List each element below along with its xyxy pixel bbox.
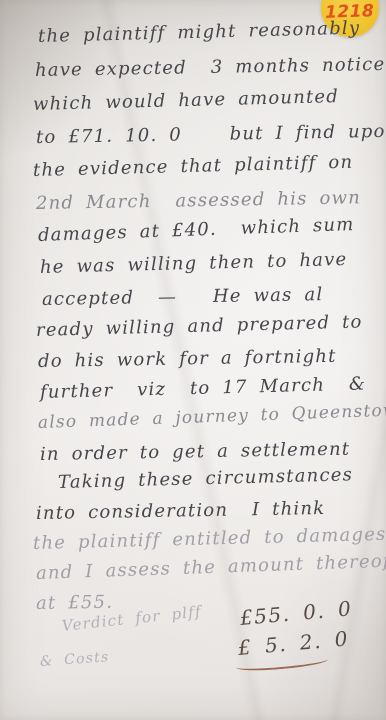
manuscript-line: have expected 3 months notice [35,54,386,81]
amount-costs: £ 5. 2. 0 [237,626,350,660]
manuscript-line: damages at £40. which sum [38,214,355,246]
manuscript-line: further viz to 17 March & [40,373,367,403]
manuscript-line: ready willing and prepared to [36,311,363,341]
manuscript-line: in order to get a settlement [40,439,351,465]
manuscript-line: Taking these circumstances [58,464,354,493]
manuscript-line: he was willing then to have [40,249,348,278]
manuscript-line: to £71. 10. 0 but I find upon [36,121,386,148]
manuscript-line: also made a journey to Queenstown [38,400,386,433]
amount-underline [236,658,328,673]
manuscript-line: do his work for a fortnight [38,346,337,372]
manuscript-line: the plaintiff might reasonably [38,18,361,47]
amount-total: £55. 0. 0 [239,596,353,630]
manuscript-line: into consideration I think [36,498,326,524]
manuscript-line: 2nd March assessed his own [36,187,361,214]
manuscript-line: at £55. [36,592,114,614]
manuscript-line: the plaintiff entitled to damages [33,524,386,554]
manuscript-line: accepted — He was al [42,284,324,310]
manuscript-page: 1218 the plaintiff might reasonably have… [0,0,386,720]
manuscript-line: the evidence that plaintiff on [33,152,354,181]
manuscript-line: which would have amounted [33,86,340,115]
manuscript-line: and I assess the amount thereof [36,551,386,584]
costs-note: & Costs [39,649,109,670]
